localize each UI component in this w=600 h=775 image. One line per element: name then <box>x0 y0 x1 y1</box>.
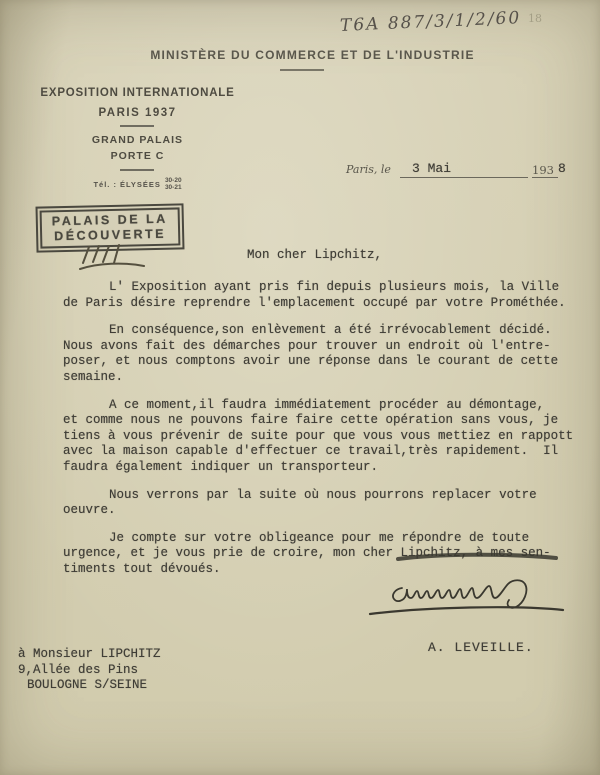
body-line: tiens à vous prévenir de suite pour que … <box>63 429 593 445</box>
body-line: avec la maison capable d'effectuer ce tr… <box>63 444 593 460</box>
body-line: semaine. <box>63 370 593 386</box>
archive-reference-handwriting: T6A 887/3/1/2/60 <box>340 8 522 36</box>
ministry-divider <box>280 69 324 71</box>
body-line: poser, et nous comptons avoir une répons… <box>63 354 593 370</box>
dateline: Paris, le 3 Mai 193 8 <box>346 161 586 183</box>
recipient-address: à Monsieur LIPCHITZ 9,Allée des Pins BOU… <box>18 647 161 694</box>
date-typed-value: 3 Mai <box>412 161 451 176</box>
recipient-street: 9,Allée des Pins <box>18 663 161 679</box>
body-line: Nous avons fait des démarches pour trouv… <box>63 339 593 355</box>
letter-body: L' Exposition ayant pris fin depuis plus… <box>63 280 593 590</box>
telephone-numbers: 30-20 30-21 <box>165 177 182 191</box>
recipient-city: BOULOGNE S/SEINE <box>18 678 161 694</box>
body-line: et comme nous ne pouvons faire faire cet… <box>63 413 593 429</box>
telephone-label: Tél. : ÉLYSÉES <box>93 180 161 189</box>
body-line: En conséquence,son enlèvement a été irré… <box>63 323 593 339</box>
body-line: Nous verrons par la suite où nous pourro… <box>63 488 593 504</box>
paragraph-3: A ce moment,il faudra immédiatement proc… <box>63 398 593 476</box>
body-line: de Paris désire reprendre l'emplacement … <box>63 296 593 312</box>
address-porte: PORTE C <box>20 150 255 162</box>
corner-page-number: 18 <box>528 12 542 25</box>
body-line: Je compte sur votre obligeance pour me r… <box>63 531 593 547</box>
letter-scan: T6A 887/3/1/2/60 18 MINISTÈRE DU COMMERC… <box>0 0 600 775</box>
handwritten-tally-scribble <box>76 242 148 274</box>
body-line: faudra également indiquer un transporteu… <box>63 460 593 476</box>
body-line: A ce moment,il faudra immédiatement proc… <box>63 398 593 414</box>
telephone-block: Tél. : ÉLYSÉES 30-20 30-21 <box>20 177 255 191</box>
paragraph-2: En conséquence,son enlèvement a été irré… <box>63 323 593 385</box>
paragraph-4: Nous verrons par la suite où nous pourro… <box>63 488 593 519</box>
handwritten-signature <box>366 550 566 622</box>
date-printed-year: 193 <box>532 163 554 177</box>
body-line: oeuvre. <box>63 503 593 519</box>
date-printed-prefix: Paris, le <box>346 163 391 176</box>
paragraph-1: L' Exposition ayant pris fin depuis plus… <box>63 280 593 311</box>
date-typed-year-digit: 8 <box>558 161 566 176</box>
telephone-number-2: 30-21 <box>165 184 182 191</box>
exposition-title: EXPOSITION INTERNATIONALE <box>20 87 255 99</box>
body-line: L' Exposition ayant pris fin depuis plus… <box>63 280 593 296</box>
telephone-number-1: 30-20 <box>165 177 182 184</box>
letterhead-divider-2 <box>120 169 154 171</box>
date-rule-2 <box>532 177 558 178</box>
signature-typed-name: A. LEVEILLE. <box>428 640 534 655</box>
date-rule <box>400 177 528 178</box>
recipient-name: à Monsieur LIPCHITZ <box>18 647 161 663</box>
address-grand-palais: GRAND PALAIS <box>20 134 255 146</box>
salutation: Mon cher Lipchitz, <box>247 248 382 262</box>
letterhead-divider-1 <box>120 125 154 127</box>
exposition-subtitle: PARIS 1937 <box>20 107 255 119</box>
ministry-title: MINISTÈRE DU COMMERCE ET DE L'INDUSTRIE <box>25 48 600 62</box>
